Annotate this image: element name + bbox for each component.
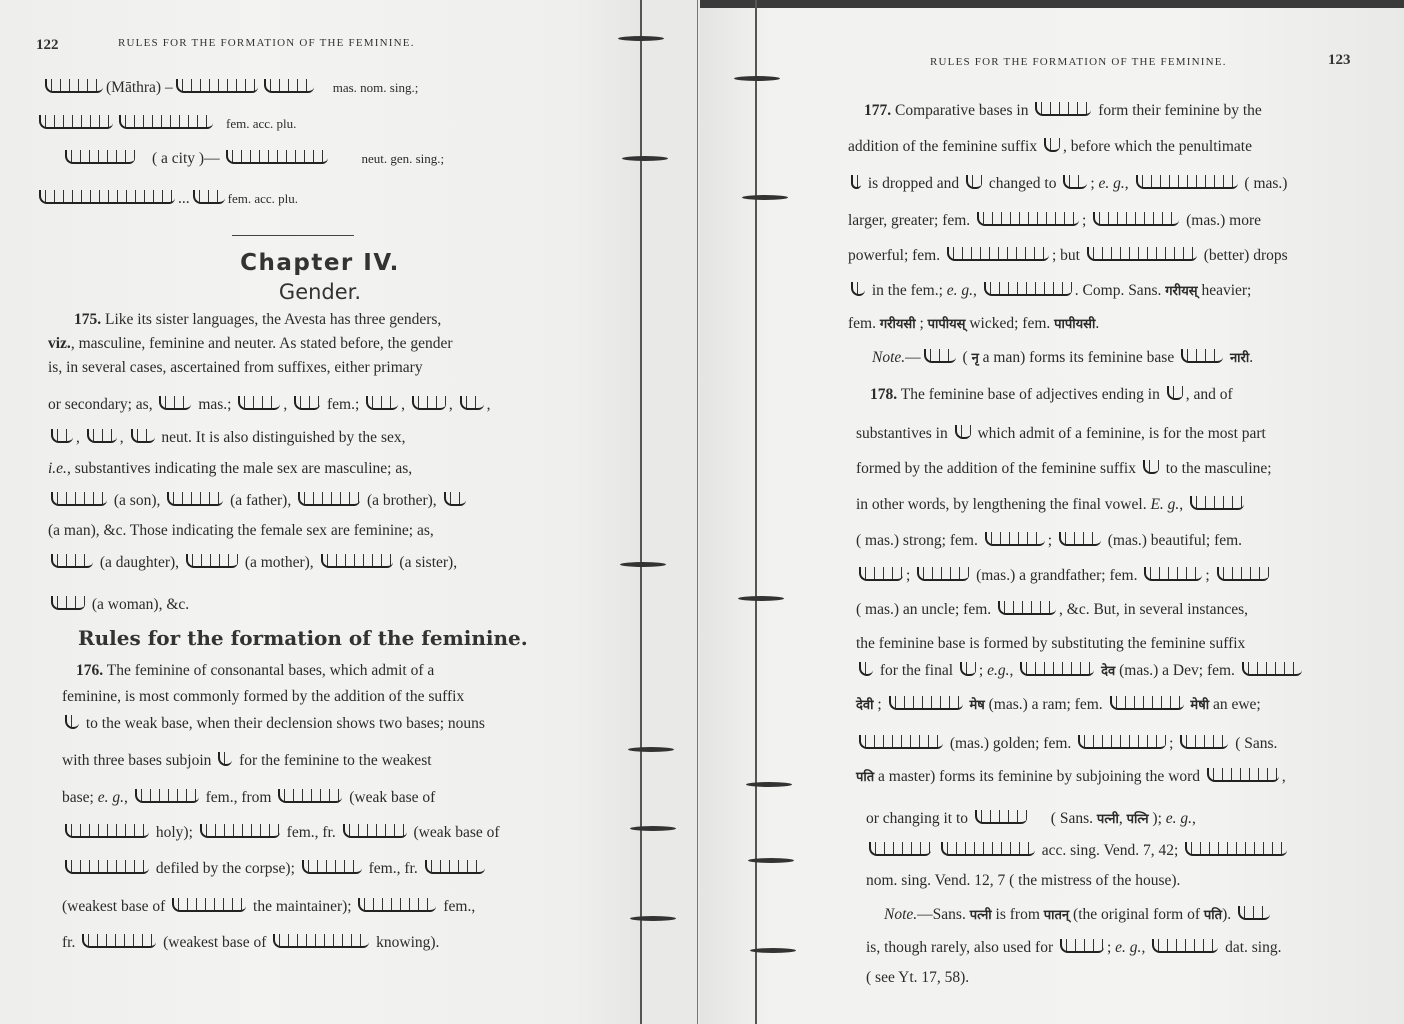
para-175-line: 175. Like its sister languages, the Aves… [74, 309, 441, 331]
para-177-line: larger, greater; fem. ; (mas.) more [848, 210, 1261, 232]
para-number: 178. [870, 386, 897, 403]
stitch-mark [748, 858, 794, 863]
note-2-line: Note.—Sans. पत्नी is from पातन् (the ori… [884, 904, 1273, 927]
example-line: ( a city )— neut. gen. sing.; [62, 148, 444, 170]
para-177-line: 177. Comparative bases in form their fem… [864, 100, 1262, 122]
chapter-title: Chapter IV. [0, 250, 640, 276]
example-line: fem. acc. plu. [36, 113, 296, 135]
para-176-line: feminine, is most commonly formed by the… [62, 686, 464, 708]
stitch-mark [746, 782, 792, 787]
stitch-mark [734, 76, 780, 81]
para-176-line: (weakest base of the maintainer); fem., [62, 896, 475, 918]
para-175-line: (a daughter), (a mother), (a sister), [48, 552, 457, 574]
stitch-mark [742, 195, 788, 200]
para-178-line: nom. sing. Vend. 12, 7 ( the mistress of… [866, 870, 1180, 892]
stitch-mark [620, 562, 666, 567]
para-175-line: , , neut. It is also distinguished by th… [48, 427, 405, 449]
para-178-line: acc. sing. Vend. 7, 42; [866, 840, 1290, 862]
para-number: 177. [864, 102, 891, 119]
para-175-line: (a man), &c. Those indicating the female… [48, 520, 434, 542]
para-177-line: is dropped and changed to ; e. g., ( mas… [848, 173, 1287, 195]
para-number: 176. [76, 662, 103, 679]
note-2-line: is, though rarely, also used for ; e. g.… [866, 937, 1281, 959]
para-178-line: 178. The feminine base of adjectives end… [870, 384, 1233, 406]
stitch-mark [738, 596, 784, 601]
avestan-word [45, 79, 103, 93]
chapter-subtitle: Gender. [0, 280, 640, 304]
para-178-line: for the final ; e.g., देव (mas.) a Dev; … [856, 660, 1305, 683]
para-175-line: i.e., substantives indicating the male s… [48, 458, 412, 480]
para-177-line: addition of the feminine suffix , before… [848, 136, 1252, 158]
page-fold [697, 0, 698, 1024]
para-178-line: ( mas.) strong; fem. ; (mas.) beautiful;… [856, 530, 1242, 552]
stitch-mark [628, 747, 674, 752]
avestan-word [176, 79, 258, 93]
para-number: 175. [74, 311, 101, 328]
para-178-line: formed by the addition of the feminine s… [856, 458, 1272, 480]
para-178-line: ; (mas.) a grandfather; fem. ; [856, 565, 1272, 587]
para-178-line: ( mas.) an uncle; fem. , &c. But, in sev… [856, 599, 1248, 621]
avestan-word [264, 79, 314, 93]
stitch-mark [618, 36, 664, 41]
para-178-line: (mas.) golden; fem. ; ( Sans. [856, 733, 1277, 755]
para-175-line: viz., masculine, feminine and neuter. As… [48, 333, 453, 355]
para-178-line: or changing it to ( Sans. पत्नी, पत्नि )… [866, 808, 1196, 831]
scan-edge-shadow [700, 0, 1404, 8]
binding-thread-left [640, 0, 642, 1024]
para-175-line: (a woman), &c. [48, 594, 189, 616]
para-177-line: powerful; fem. ; but (better) drops [848, 245, 1288, 267]
stitch-mark [630, 826, 676, 831]
page-number-right: 123 [1328, 52, 1351, 69]
running-head-left: RULES FOR THE FORMATION OF THE FEMININE. [118, 37, 415, 49]
para-178-line: the feminine base is formed by substitut… [856, 633, 1245, 655]
para-178-line: देवी ; मेष (mas.) a ram; fem. मेषी an ew… [856, 694, 1261, 717]
running-head-right: RULES FOR THE FORMATION OF THE FEMININE. [930, 56, 1227, 68]
para-176-line: fr. (weakest base of knowing). [62, 932, 439, 954]
para-176-line: base; e. g., fem., from (weak base of [62, 787, 435, 809]
para-176-line: holy); fem., fr. (weak base of [62, 822, 500, 844]
note-1: Note.— ( नृ a man) forms its feminine ba… [872, 347, 1253, 370]
para-178-line: substantives in which admit of a feminin… [856, 423, 1266, 445]
binding-thread-right [755, 0, 757, 1024]
para-176-line: defiled by the corpse); fem., fr. [62, 858, 488, 880]
section-title: Rules for the formation of the feminine. [78, 626, 528, 650]
para-176-line: to the weak base, when their declension … [62, 713, 485, 735]
para-177-line: in the fem.; e. g., . Comp. Sans. गरीयस्… [848, 280, 1251, 303]
para-176-line: with three bases subjoin for the feminin… [62, 750, 432, 772]
example-line: ...fem. acc. plu. [36, 188, 298, 210]
example-line: (Māthra) –mas. nom. sing.; [42, 77, 418, 99]
para-178-line: in other words, by lengthening the final… [856, 494, 1247, 516]
para-177-line: fem. गरीयसी ; पापीयस् wicked; fem. पापीय… [848, 313, 1099, 336]
para-175-line: (a son), (a father), (a brother), [48, 490, 469, 512]
stitch-mark [750, 948, 796, 953]
para-175-line: is, in several cases, ascertained from s… [48, 357, 423, 379]
para-178-line: पति a master) forms its feminine by subj… [856, 766, 1286, 789]
para-176-line: 176. The feminine of consonantal bases, … [76, 660, 434, 682]
stitch-mark [630, 916, 676, 921]
divider-rule [232, 235, 354, 236]
para-175-line: or secondary; as, mas.; , fem.; , , , [48, 394, 491, 416]
stitch-mark [622, 156, 668, 161]
page-number-left: 122 [36, 37, 59, 54]
note-2-line: ( see Yt. 17, 58). [866, 967, 969, 989]
